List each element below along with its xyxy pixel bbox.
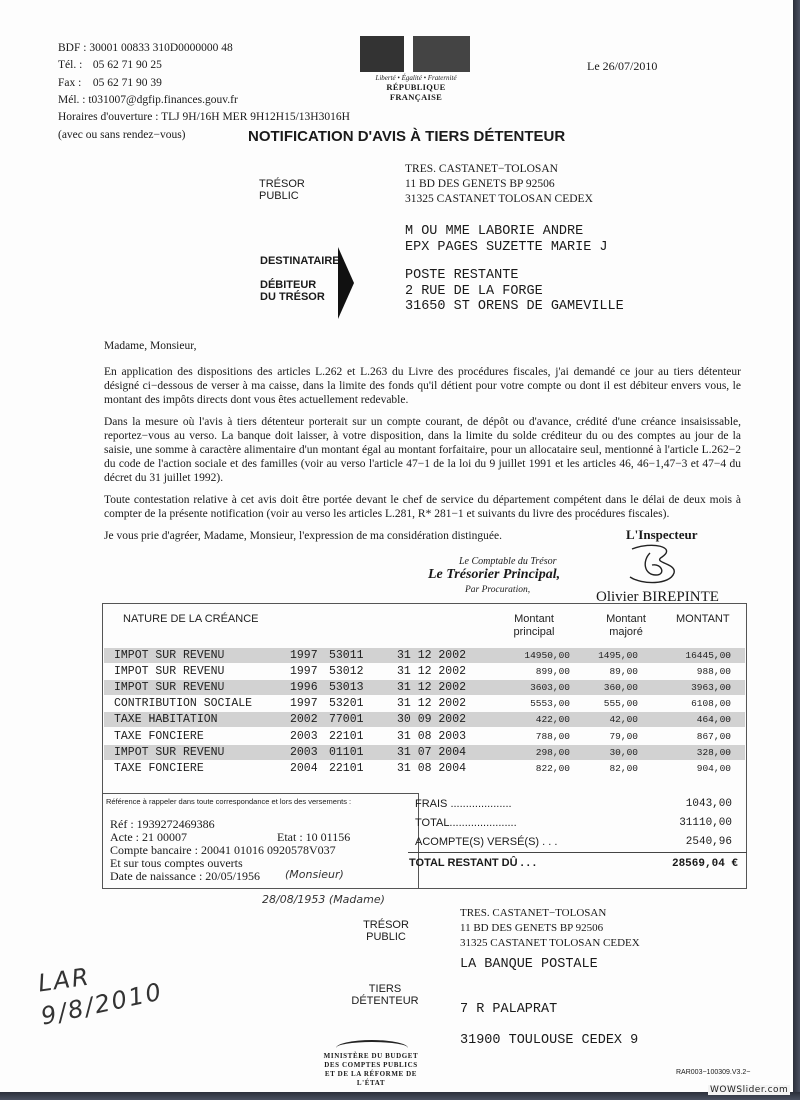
- ministere-line: MINISTÈRE DU BUDGET: [316, 1052, 426, 1061]
- email-line: Mél. : t031007@dgfip.finances.gouv.fr: [58, 93, 238, 109]
- nature-cell: TAXE FONCIERE: [114, 729, 204, 744]
- letter-body: En application des dispositions des arti…: [104, 365, 741, 551]
- code-cell: 77001: [329, 712, 364, 727]
- table-row: CONTRIBUTION SOCIALE19975320131 12 20025…: [104, 696, 745, 711]
- header-nature: NATURE DE LA CRÉANCE: [123, 613, 259, 626]
- header-principal: Montant principal: [511, 613, 557, 639]
- nature-cell: TAXE HABITATION: [114, 712, 218, 727]
- tiers-sender-line: 31325 CASTANET TOLOSAN CEDEX: [460, 936, 640, 951]
- recipient-name-line: M OU MME LABORIE ANDRE: [405, 224, 608, 240]
- nature-cell: TAXE FONCIERE: [114, 761, 204, 776]
- email-label: Mél. :: [58, 94, 85, 106]
- letter-salutation: Madame, Monsieur,: [104, 339, 741, 353]
- year-cell: 2003: [290, 729, 318, 744]
- code-cell: 53201: [329, 696, 364, 711]
- tresor-label: TRÉSOR PUBLIC: [361, 919, 411, 943]
- restant-value: 28569,04 €: [600, 858, 738, 870]
- sender-address-line: 31325 CASTANET TOLOSAN CEDEX: [405, 192, 593, 207]
- tresorier-title: Le Trésorier Principal,: [428, 567, 560, 583]
- comptable-title: Le Comptable du Trésor: [459, 556, 557, 567]
- code-cell: 22101: [329, 761, 364, 776]
- total-label: TOTAL......................: [415, 817, 517, 829]
- date-cell: 31 12 2002: [397, 648, 466, 663]
- tiers-label-line1: TIERS: [345, 983, 425, 995]
- recipient-address: POSTE RESTANTE 2 RUE DE LA FORGE 31650 S…: [405, 268, 624, 315]
- fax-value: 05 62 71 90 39: [93, 77, 162, 89]
- bdf-line: BDF : 30001 00833 310D0000000 48: [58, 41, 233, 57]
- year-cell: 1997: [290, 696, 318, 711]
- principal-cell: 298,00: [484, 745, 570, 760]
- principal-cell: 3603,00: [484, 680, 570, 695]
- montant-cell: 988,00: [659, 664, 731, 679]
- total-value: 31110,00: [600, 817, 732, 829]
- principal-cell: 788,00: [484, 729, 570, 744]
- code-cell: 53012: [329, 664, 364, 679]
- bank-street: 7 R PALAPRAT: [460, 1002, 557, 1018]
- email-link[interactable]: t031007@dgfip.finances.gouv.fr: [88, 94, 237, 106]
- year-cell: 1997: [290, 664, 318, 679]
- tresor-label-line1: TRÉSOR: [361, 919, 411, 931]
- recipient-name: M OU MME LABORIE ANDRE EPX PAGES SUZETTE…: [405, 224, 608, 255]
- nature-cell: CONTRIBUTION SOCIALE: [114, 696, 252, 711]
- nature-cell: IMPOT SUR REVENU: [114, 664, 224, 679]
- horaires-label: Horaires d'ouverture :: [58, 111, 158, 123]
- bdf-value: 30001 00833 310D0000000 48: [89, 42, 232, 54]
- birth-date: Date de naissance : 20/05/1956: [110, 870, 260, 883]
- nature-cell: IMPOT SUR REVENU: [114, 648, 224, 663]
- majore-cell: 82,00: [580, 761, 638, 776]
- tresor-label-line2: PUBLIC: [361, 931, 411, 943]
- date-cell: 31 12 2002: [397, 696, 466, 711]
- document-date: Le 26/07/2010: [587, 59, 657, 74]
- destinataire-label: DESTINATAIRE: [260, 255, 340, 267]
- page-edge-right: [793, 0, 800, 1100]
- majore-cell: 42,00: [580, 712, 638, 727]
- header-majore: Montant majoré: [603, 613, 649, 639]
- bank-name: LA BANQUE POSTALE: [460, 957, 598, 973]
- republique-francaise-logo: Liberté • Égalité • Fraternité RÉPUBLIQU…: [360, 36, 472, 106]
- majore-cell: 30,00: [580, 745, 638, 760]
- recipient-address-line: POSTE RESTANTE: [405, 268, 624, 284]
- year-cell: 2002: [290, 712, 318, 727]
- montant-cell: 16445,00: [659, 648, 731, 663]
- table-row: IMPOT SUR REVENU20030110131 07 2004298,0…: [104, 745, 745, 760]
- date-cell: 31 12 2002: [397, 680, 466, 695]
- principal-cell: 14950,00: [484, 648, 570, 663]
- fax-line: Fax : 05 62 71 90 39: [58, 76, 162, 92]
- header-majore-line2: majoré: [603, 626, 649, 639]
- arrow-right-icon: [338, 247, 354, 319]
- bank-city: 31900 TOULOUSE CEDEX 9: [460, 1033, 638, 1049]
- sender-address-line: 11 BD DES GENETS BP 92506: [405, 177, 593, 192]
- ministere-logo: MINISTÈRE DU BUDGET DES COMPTES PUBLICS …: [316, 1052, 426, 1088]
- recipient-address-line: 31650 ST ORENS DE GAMEVILLE: [405, 299, 624, 315]
- montant-cell: 3963,00: [659, 680, 731, 695]
- handwritten-monsieur: (Monsieur): [285, 868, 344, 881]
- debiteur-label: DÉBITEUR DU TRÉSOR: [260, 279, 325, 303]
- debiteur-label-line2: DU TRÉSOR: [260, 291, 325, 303]
- table-row: TAXE FONCIERE20042210131 08 2004822,0082…: [104, 761, 745, 776]
- handwritten-lar: LAR: [36, 962, 92, 997]
- document-page: BDF : 30001 00833 310D0000000 48 Tél. : …: [0, 0, 793, 1092]
- principal-cell: 822,00: [484, 761, 570, 776]
- tiers-sender-line: TRES. CASTANET−TOLOSAN: [460, 906, 640, 921]
- principal-cell: 5553,00: [484, 696, 570, 711]
- handwritten-signature-icon: [622, 541, 692, 589]
- bdf-label: BDF :: [58, 42, 86, 54]
- tel-value: 05 62 71 90 25: [93, 59, 162, 71]
- debiteur-label-line1: DÉBITEUR: [260, 279, 325, 291]
- majore-cell: 555,00: [580, 696, 638, 711]
- date-cell: 31 12 2002: [397, 664, 466, 679]
- table-row: TAXE HABITATION20027700130 09 2002422,00…: [104, 712, 745, 727]
- horaires-line: Horaires d'ouverture : TLJ 9H/16H MER 9H…: [58, 110, 350, 126]
- header-montant: MONTANT: [676, 613, 730, 626]
- sender-address: TRES. CASTANET−TOLOSAN 11 BD DES GENETS …: [405, 162, 593, 207]
- majore-cell: 360,00: [580, 680, 638, 695]
- watermark: WOWSlider.com: [708, 1085, 790, 1095]
- ministere-line: DES COMPTES PUBLICS: [316, 1061, 426, 1070]
- procuration-note: Par Procuration,: [465, 585, 530, 595]
- header-principal-line1: Montant: [511, 613, 557, 626]
- totals-divider: [408, 852, 747, 853]
- year-cell: 1996: [290, 680, 318, 695]
- code-cell: 53013: [329, 680, 364, 695]
- sender-address-line: TRES. CASTANET−TOLOSAN: [405, 162, 593, 177]
- year-cell: 2004: [290, 761, 318, 776]
- date-cell: 31 08 2003: [397, 729, 466, 744]
- header-majore-line1: Montant: [603, 613, 649, 626]
- letter-paragraph: Toute contestation relative à cet avis d…: [104, 493, 741, 521]
- handwritten-madame-birthdate: 28/08/1953 (Madame): [262, 893, 385, 906]
- logo-motto: Liberté • Égalité • Fraternité: [360, 74, 472, 82]
- nature-cell: IMPOT SUR REVENU: [114, 745, 224, 760]
- date-cell: 30 09 2002: [397, 712, 466, 727]
- code-cell: 53011: [329, 648, 364, 663]
- page-edge-bottom: [0, 1092, 800, 1100]
- montant-cell: 6108,00: [659, 696, 731, 711]
- tel-line: Tél. : 05 62 71 90 25: [58, 58, 162, 74]
- acompte-value: 2540,96: [600, 836, 732, 848]
- tiers-detenteur-label: TIERS DÉTENTEUR: [345, 983, 425, 1007]
- principal-cell: 899,00: [484, 664, 570, 679]
- year-cell: 2003: [290, 745, 318, 760]
- nature-cell: IMPOT SUR REVENU: [114, 680, 224, 695]
- majore-cell: 89,00: [580, 664, 638, 679]
- montant-cell: 328,00: [659, 745, 731, 760]
- reference-box: Référence à rappeler dans toute correspo…: [102, 793, 419, 889]
- year-cell: 1997: [290, 648, 318, 663]
- restant-label: TOTAL RESTANT DÛ . . .: [409, 857, 536, 869]
- montant-cell: 904,00: [659, 761, 731, 776]
- recipient-address-line: 2 RUE DE LA FORGE: [405, 284, 624, 300]
- letter-paragraph: En application des dispositions des arti…: [104, 365, 741, 407]
- tiers-sender-address: TRES. CASTANET−TOLOSAN 11 BD DES GENETS …: [460, 906, 640, 951]
- montant-cell: 464,00: [659, 712, 731, 727]
- tiers-sender-line: 11 BD DES GENETS BP 92506: [460, 921, 640, 936]
- letter-paragraph: Dans la mesure où l'avis à tiers détente…: [104, 415, 741, 485]
- code-cell: 01101: [329, 745, 364, 760]
- sender-label-line1: TRÉSOR: [259, 178, 305, 190]
- table-row: IMPOT SUR REVENU19975301131 12 200214950…: [104, 648, 745, 663]
- tel-label: Tél. :: [58, 58, 90, 74]
- table-row: IMPOT SUR REVENU19965301331 12 20023603,…: [104, 680, 745, 695]
- majore-cell: 79,00: [580, 729, 638, 744]
- marianne-icon: [360, 36, 470, 72]
- document-title: NOTIFICATION D'AVIS À TIERS DÉTENTEUR: [248, 128, 565, 145]
- date-cell: 31 08 2004: [397, 761, 466, 776]
- logo-republic: RÉPUBLIQUE FRANÇAISE: [360, 82, 472, 102]
- acompte-label: ACOMPTE(S) VERSÉ(S) . . .: [415, 836, 557, 848]
- montant-cell: 867,00: [659, 729, 731, 744]
- reference-title: Référence à rappeler dans toute correspo…: [106, 797, 351, 806]
- frais-value: 1043,00: [600, 798, 732, 810]
- principal-cell: 422,00: [484, 712, 570, 727]
- header-principal-line2: principal: [511, 626, 557, 639]
- table-row: IMPOT SUR REVENU19975301231 12 2002899,0…: [104, 664, 745, 679]
- tiers-label-line2: DÉTENTEUR: [345, 995, 425, 1007]
- fax-label: Fax :: [58, 76, 90, 92]
- majore-cell: 1495,00: [580, 648, 638, 663]
- rdv-note: (avec ou sans rendez−vous): [58, 128, 186, 144]
- frais-label: FRAIS ....................: [415, 798, 512, 810]
- date-cell: 31 07 2004: [397, 745, 466, 760]
- sender-label: TRÉSOR PUBLIC: [259, 178, 305, 202]
- code-cell: 22101: [329, 729, 364, 744]
- recipient-name-line: EPX PAGES SUZETTE MARIE J: [405, 240, 608, 256]
- ministere-line: ET DE LA RÉFORME DE L'ÉTAT: [316, 1070, 426, 1088]
- table-row: TAXE FONCIERE20032210131 08 2003788,0079…: [104, 729, 745, 744]
- form-code: RAR003−100309.V3.2−: [676, 1069, 750, 1076]
- horaires-value: TLJ 9H/16H MER 9H12H15/13H3016H: [161, 111, 350, 123]
- sender-label-line2: PUBLIC: [259, 190, 305, 202]
